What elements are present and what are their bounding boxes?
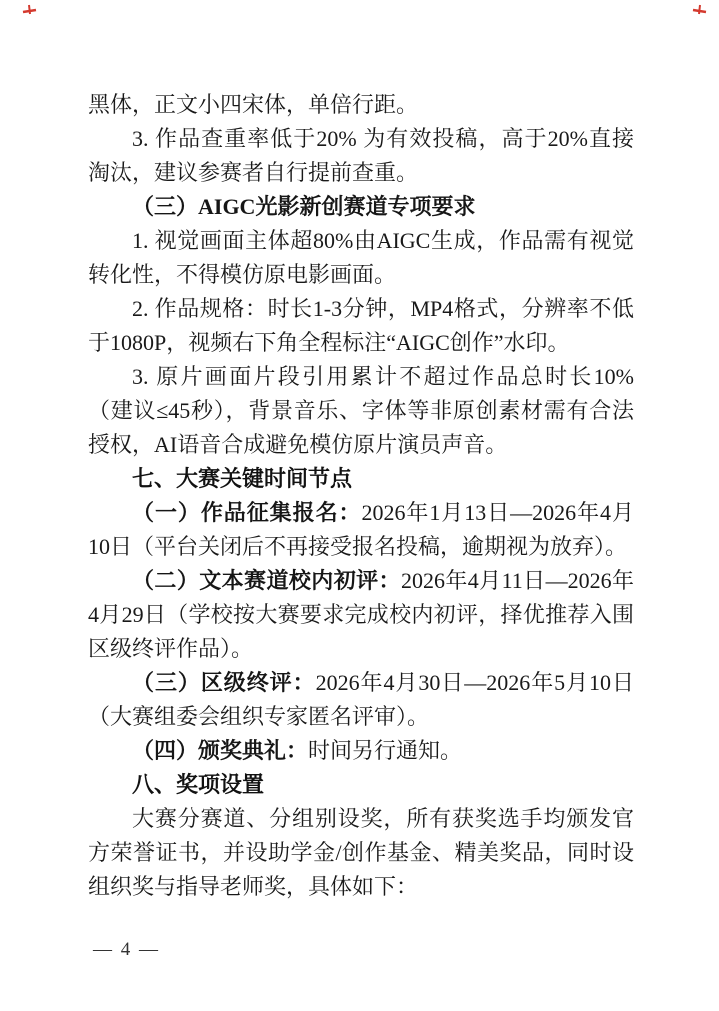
clause-label: （二）文本赛道校内初评：	[132, 568, 401, 593]
clause-text: 时间另行通知。	[308, 738, 462, 763]
clause-paragraph: （二）文本赛道校内初评：2026年4月11日—2026年4月29日（学校按大赛要…	[88, 564, 634, 666]
red-scan-artifact-top-left	[21, 3, 39, 16]
red-scan-artifact-top-right	[690, 3, 708, 16]
section-heading-awards: 八、奖项设置	[88, 768, 634, 802]
page-number: — 4 —	[93, 939, 160, 961]
clause-label: （一）作品征集报名：	[132, 500, 361, 525]
clause-paragraph: （三）区级终评：2026年4月30日—2026年5月10日（大赛组委会组织专家匿…	[88, 666, 634, 734]
body-paragraph: 黑体，正文小四宋体，单倍行距。	[88, 88, 634, 122]
body-paragraph: 1. 视觉画面主体超80%由AIGC生成，作品需有视觉转化性，不得模仿原电影画面…	[88, 224, 634, 292]
section-subheading-aigc-track: （三）AIGC光影新创赛道专项要求	[88, 190, 634, 224]
clause-paragraph: （四）颁奖典礼：时间另行通知。	[88, 734, 634, 768]
clause-paragraph: （一）作品征集报名：2026年1月13日—2026年4月10日（平台关闭后不再接…	[88, 496, 634, 564]
section-heading-key-dates: 七、大赛关键时间节点	[88, 462, 634, 496]
scanned-document-page: 黑体，正文小四宋体，单倍行距。 3. 作品查重率低于20% 为有效投稿，高于20…	[0, 0, 719, 1011]
clause-label: （三）区级终评：	[132, 670, 316, 695]
body-paragraph: 大赛分赛道、分组别设奖，所有获奖选手均颁发官方荣誉证书，并设助学金/创作基金、精…	[88, 802, 634, 904]
clause-label: （四）颁奖典礼：	[132, 738, 308, 763]
body-paragraph: 3. 作品查重率低于20% 为有效投稿，高于20%直接淘汰，建议参赛者自行提前查…	[88, 122, 634, 190]
document-page: { "page": { "number_label": "— 4 —", "ar…	[0, 0, 719, 1011]
document-body: 黑体，正文小四宋体，单倍行距。 3. 作品查重率低于20% 为有效投稿，高于20…	[88, 88, 634, 904]
body-paragraph: 3. 原片画面片段引用累计不超过作品总时长10%（建议≤45秒），背景音乐、字体…	[88, 360, 634, 462]
body-paragraph: 2. 作品规格：时长1-3分钟，MP4格式，分辨率不低于1080P，视频右下角全…	[88, 292, 634, 360]
